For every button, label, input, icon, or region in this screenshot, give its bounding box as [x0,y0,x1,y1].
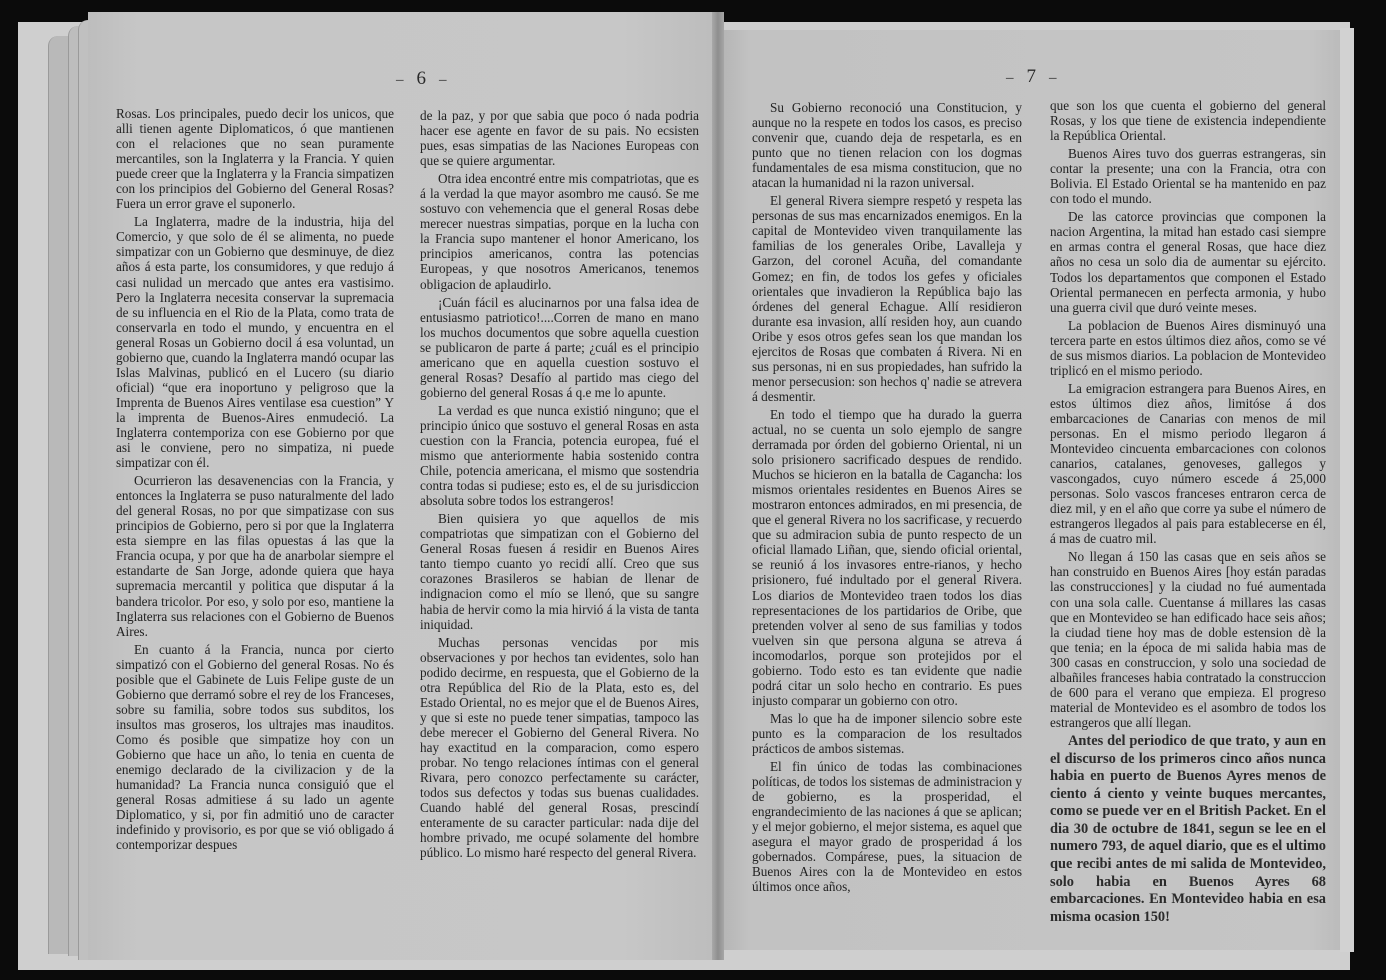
folio-dash: – [1006,70,1015,86]
paragraph: Mas lo que ha de imponer silencio sobre … [752,711,1022,756]
paragraph: Ocurrieron las desavenencias con la Fran… [116,473,394,639]
left-page-column-2: de la paz, y por que sabia que poco ó na… [420,108,699,863]
folio-number: 6 [417,68,428,89]
right-page-column-2: que son los que cuenta el gobierno del g… [1050,98,1326,929]
right-page-column-1: Su Gobierno reconoció una Constitucion, … [752,100,1022,897]
paragraph: No llegan á 150 las casas que en seis añ… [1050,549,1326,730]
paragraph: El general Rivera siempre respetó y resp… [752,193,1022,404]
paragraph: Buenos Aires tuvo dos guerras estrangera… [1050,146,1326,206]
paragraph: En cuanto á la Francia, nunca por cierto… [116,642,394,853]
paragraph: En todo el tiempo que ha durado la guerr… [752,407,1022,708]
paragraph: Su Gobierno reconoció una Constitucion, … [752,100,1022,190]
paragraph: La verdad es que nunca existió ninguno; … [420,403,699,508]
right-page-edge [1340,28,1354,952]
paragraph: Rosas. Los principales, puedo decir los … [116,106,394,211]
paragraph: Bien quisiera yo que aquellos de mis com… [420,511,699,631]
page-number-right: –7– [994,66,1070,88]
folio-dash: – [1049,70,1058,86]
folio-dash: – [439,72,448,88]
paragraph: La Inglaterra, madre de la industria, hi… [116,214,394,470]
folio-number: 7 [1027,66,1038,87]
paragraph: Muchas personas vencidas por mis observa… [420,635,699,861]
emphasis-paragraph: Antes del periodico de que trato, y aun … [1050,733,1326,927]
folio-dash: – [396,72,405,88]
paragraph: ¡Cuán fácil es alucinarnos por una falsa… [420,295,699,400]
book-gutter [712,12,724,960]
paragraph: El fin único de todas las combinaciones … [752,759,1022,894]
paragraph: Otra idea encontré entre mis compatriota… [420,171,699,291]
page-number-left: –6– [384,68,460,90]
paragraph: que son los que cuenta el gobierno del g… [1050,98,1326,143]
left-page-column-1: Rosas. Los principales, puedo decir los … [116,106,394,855]
paragraph: de la paz, y por que sabia que poco ó na… [420,108,699,168]
paragraph: La poblacion de Buenos Aires disminuyó u… [1050,318,1326,378]
paragraph: La emigracion estrangera para Buenos Air… [1050,381,1326,547]
paragraph: De las catorce provincias que componen l… [1050,209,1326,314]
